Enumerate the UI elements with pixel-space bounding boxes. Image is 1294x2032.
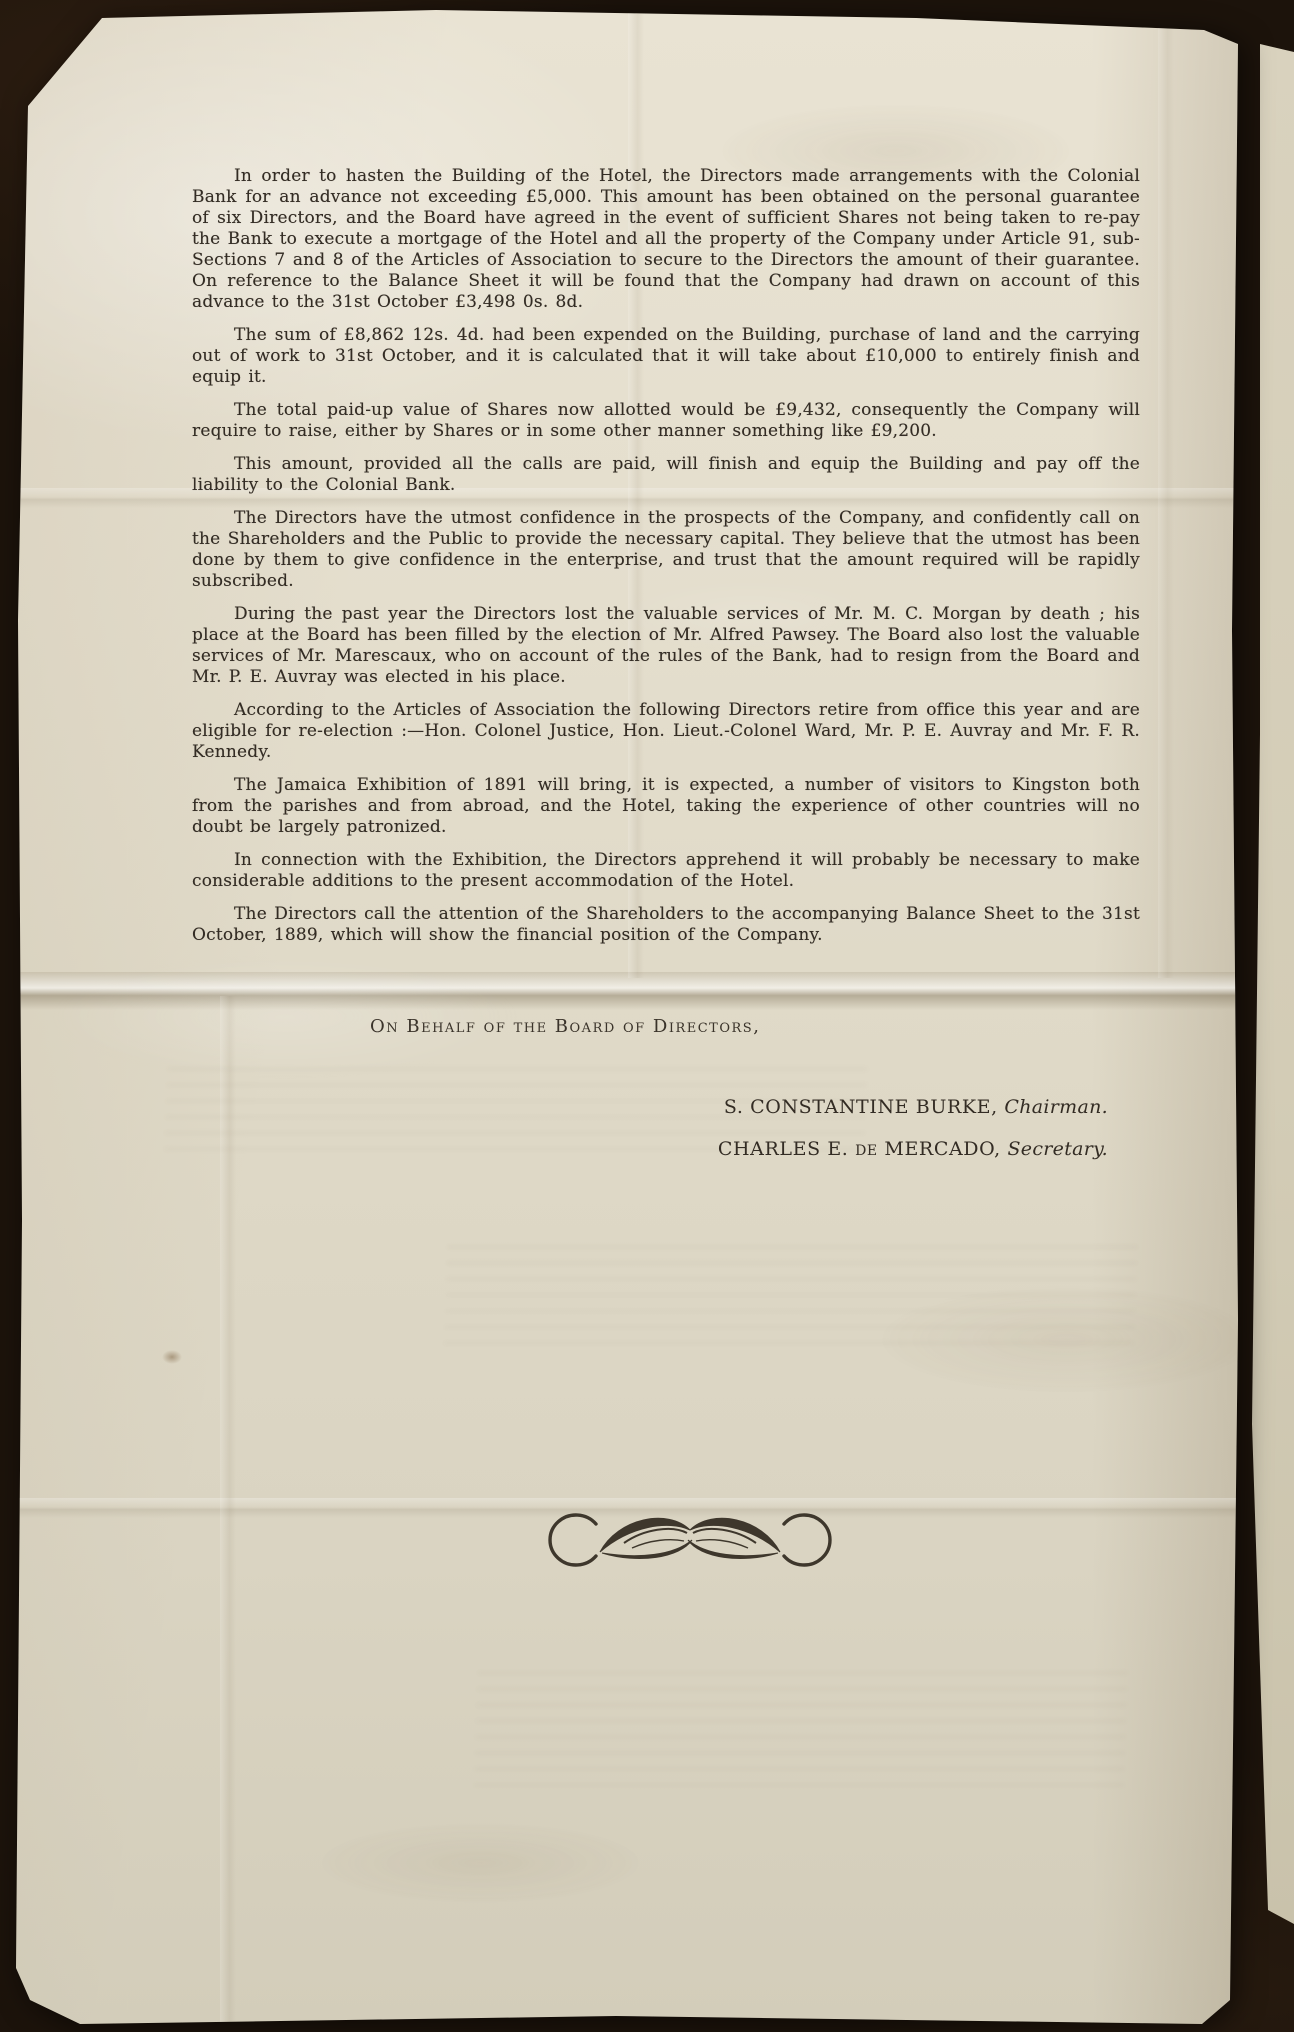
signatory-name-particle: DE <box>855 1143 878 1159</box>
signatory-role: Secretary. <box>1007 1138 1108 1160</box>
paper-wrap: In order to hasten the Building of the H… <box>0 0 1294 2032</box>
report-paragraph: During the past year the Directors lost … <box>192 604 1140 688</box>
signatory-name: CHARLES E. <box>718 1138 855 1160</box>
show-through-text <box>444 1232 1138 1344</box>
photograph-background: In order to hasten the Building of the H… <box>0 0 1294 2032</box>
flourish-ornament-icon <box>540 1496 840 1574</box>
report-paragraph: In connection with the Exhibition, the D… <box>192 850 1140 892</box>
report-body: In order to hasten the Building of the H… <box>192 166 1140 958</box>
on-behalf-line: On Behalf of the Board of Directors, <box>370 1016 760 1037</box>
signatory-name: MERCADO, <box>878 1138 1001 1160</box>
document-page: In order to hasten the Building of the H… <box>16 10 1238 2024</box>
report-paragraph: The Directors have the utmost confidence… <box>192 508 1140 592</box>
report-paragraph: The sum of £8,862 12s. 4d. had been expe… <box>192 325 1140 388</box>
fold-line <box>16 972 1238 1010</box>
show-through-text <box>474 1666 1128 1786</box>
signatory-name: S. CONSTANTINE BURKE, <box>724 1096 998 1118</box>
signatory-role: Chairman. <box>1004 1096 1108 1118</box>
crease-line <box>1158 10 1174 978</box>
report-paragraph: According to the Articles of Association… <box>192 700 1140 763</box>
crease-line <box>220 996 236 2024</box>
report-paragraph: This amount, provided all the calls are … <box>192 454 1140 496</box>
signature-secretary: CHARLES E. DE MERCADO, Secretary. <box>718 1138 1108 1160</box>
report-paragraph: The Jamaica Exhibition of 1891 will brin… <box>192 775 1140 838</box>
paper-stain <box>162 1350 182 1364</box>
report-paragraph: The Directors call the attention of the … <box>192 904 1140 946</box>
report-paragraph: In order to hasten the Building of the H… <box>192 166 1140 313</box>
report-paragraph: The total paid-up value of Shares now al… <box>192 400 1140 442</box>
signature-chairman: S. CONSTANTINE BURKE, Chairman. <box>724 1096 1108 1118</box>
